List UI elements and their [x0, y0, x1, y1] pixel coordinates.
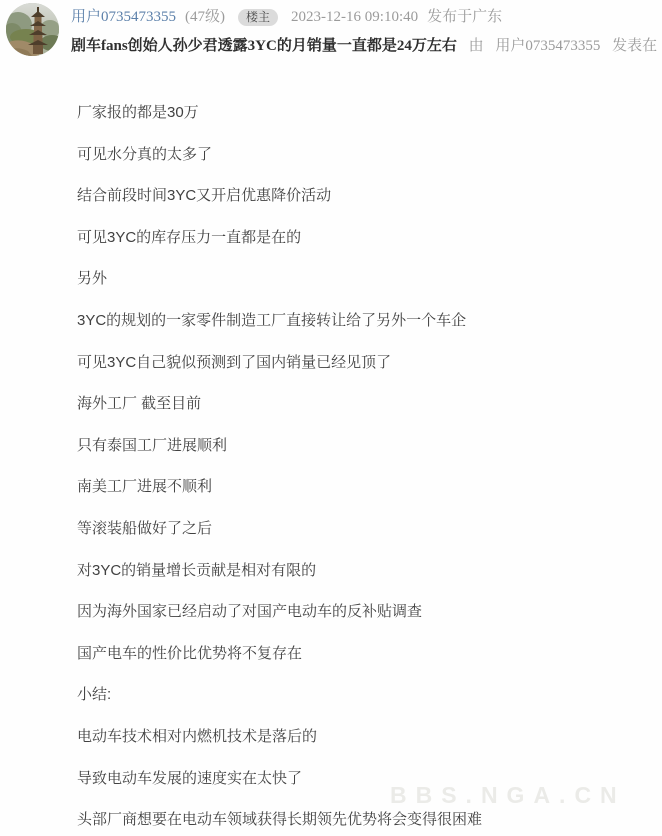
poster-name-link[interactable]: 用户0735473355: [495, 38, 600, 54]
post-paragraph: 因为海外国家已经启动了对国产电动车的反补贴调查: [77, 591, 642, 633]
post-header: 用户0735473355 (47级) 楼主 2023-12-16 09:10:4…: [0, 0, 662, 62]
post-paragraph: 导致电动车发展的速度实在太快了: [77, 758, 642, 800]
post-paragraph: 可见3YC自己貌似预测到了国内销量已经见顶了: [77, 342, 642, 384]
post-paragraph: 可见3YC的库存压力一直都是在的: [77, 217, 642, 259]
post-paragraph: 国产电车的性价比优势将不复存在: [77, 633, 642, 675]
post-paragraph: 结合前段时间3YC又开启优惠降价活动: [77, 175, 642, 217]
post-paragraph: 3YC的规划的一家零件制造工厂直接转让给了另外一个车企: [77, 300, 642, 342]
post-paragraph: 厂家报的都是30万: [77, 92, 642, 134]
post-location: 发布于广东: [427, 7, 502, 27]
pagoda-avatar-icon: [6, 3, 59, 56]
post-paragraph: 等滚装船做好了之后: [77, 508, 642, 550]
title-row: 剧车fans创始人孙少君透露3YC的月销量一直都是24万左右 由 用户07354…: [71, 36, 662, 56]
post-paragraph: 头部厂商想要在电动车领域获得长期领先优势将会变得很困难: [77, 799, 642, 836]
op-badge: 楼主: [238, 9, 278, 26]
post-paragraph: 另外: [77, 258, 642, 300]
header-main: 用户0735473355 (47级) 楼主 2023-12-16 09:10:4…: [71, 0, 662, 56]
post-title: 剧车fans创始人孙少君透露3YC的月销量一直都是24万左右: [71, 38, 457, 54]
posted-by-prefix: 由: [469, 38, 484, 54]
post-paragraph: 南美工厂进展不顺利: [77, 466, 642, 508]
post-paragraph: 只有泰国工厂进展顺利: [77, 425, 642, 467]
post-paragraph: 可见水分真的太多了: [77, 134, 642, 176]
meta-row: 用户0735473355 (47级) 楼主 2023-12-16 09:10:4…: [71, 7, 662, 27]
username-link[interactable]: 用户0735473355: [71, 7, 176, 27]
post-paragraph: 小结:: [77, 674, 642, 716]
post-datetime: 2023-12-16 09:10:40: [291, 7, 418, 27]
forum-thread-page: 用户0735473355 (47级) 楼主 2023-12-16 09:10:4…: [0, 0, 662, 836]
user-avatar[interactable]: [6, 3, 59, 56]
post-paragraph: 海外工厂 截至目前: [77, 383, 642, 425]
posted-in-label: 发表在: [612, 38, 657, 54]
post-paragraph: 对3YC的销量增长贡献是相对有限的: [77, 550, 642, 592]
post-paragraph: 电动车技术相对内燃机技术是落后的: [77, 716, 642, 758]
post-body: 厂家报的都是30万可见水分真的太多了结合前段时间3YC又开启优惠降价活动可见3Y…: [0, 62, 662, 836]
user-level: (47级): [185, 7, 225, 27]
